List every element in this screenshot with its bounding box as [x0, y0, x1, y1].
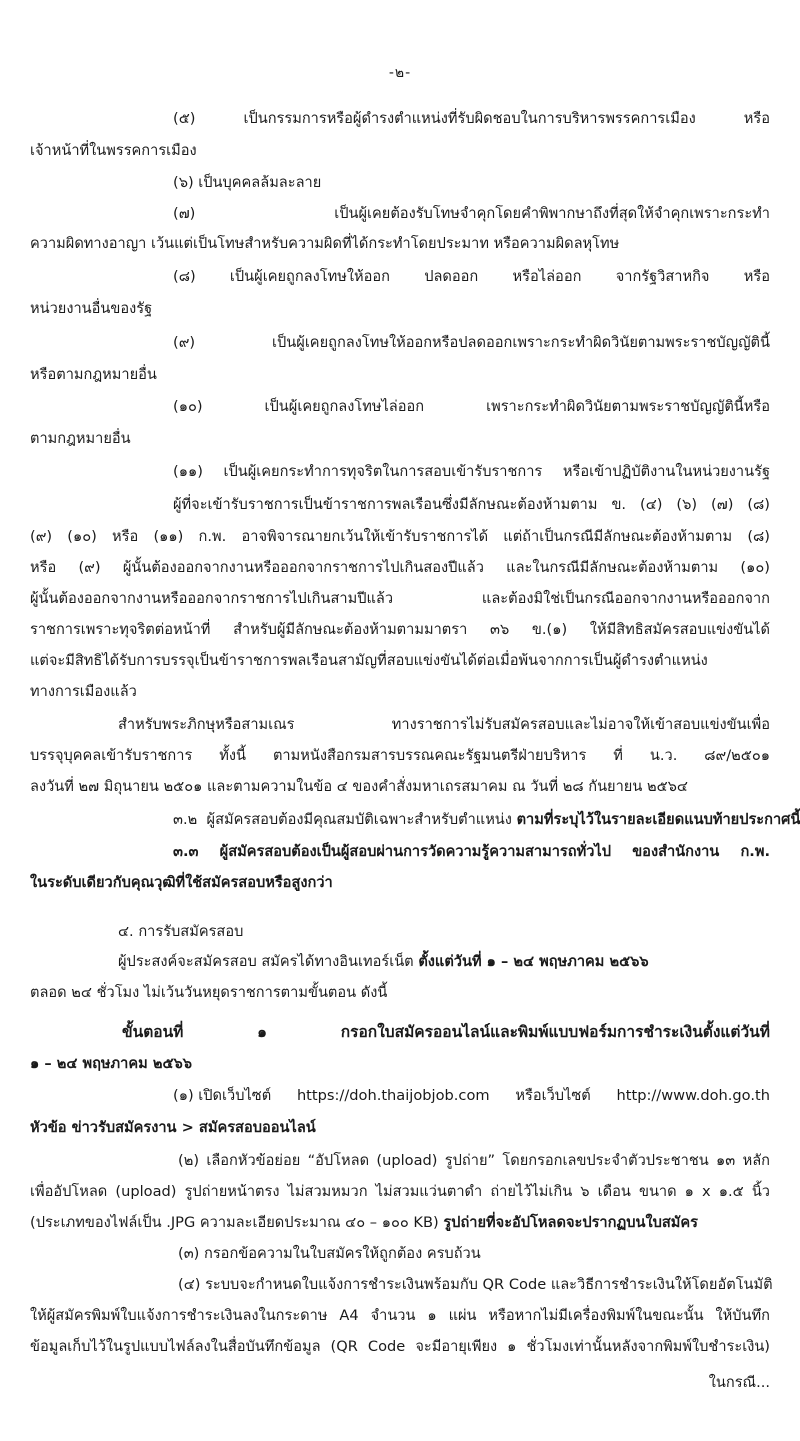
exception-line5: ราชการเพราะทุจริตต่อหน้าที่ สำหรับผู้มีล… [30, 619, 770, 641]
item-9-line2: หรือตามกฎหมายอื่น [30, 364, 770, 386]
section-4-intro-plain: ผู้ประสงค์จะสมัครสอบ สมัครได้ทางอินเทอร์… [118, 953, 414, 970]
monk-line3: ลงวันที่ ๒๗ มิถุนายน ๒๕๐๑ และตามความในข้… [30, 776, 770, 798]
continuation-text: ในกรณี... [30, 1372, 770, 1394]
item-2-line2: เพื่ออัปโหลด (upload) รูปถ่ายหน้าตรง ไม่… [30, 1181, 770, 1203]
page-number: -๒- [0, 62, 800, 84]
item-7-line1: (๗) เป็นผู้เคยต้องรับโทษจำคุกโดยคำพิพากษ… [173, 203, 770, 225]
item-6: (๖) เป็นบุคคลล้มละลาย [173, 172, 770, 194]
item-8-line1: (๘) เป็นผู้เคยถูกลงโทษให้ออก ปลดออก หรือ… [173, 266, 770, 288]
exception-line3: หรือ (๙) ผู้นั้นต้องออกจากงานหรือออกจากร… [30, 557, 770, 579]
item-2-line3-plain: (ประเภทของไฟล์เป็น .JPG ความละเอียดประมา… [30, 1214, 439, 1231]
url-doh-link[interactable]: http://www.doh.go.th [617, 1085, 770, 1107]
item-1-or: หรือเว็บไซต์ [515, 1085, 590, 1107]
url-thaijobjob-link[interactable]: https://doh.thaijobjob.com [297, 1085, 490, 1107]
section-4-intro-line2: ตลอด ๒๔ ชั่วโมง ไม่เว้นวันหยุดราชการตามข… [30, 982, 770, 1004]
item-1-line2: หัวข้อ ข่าวรับสมัครงาน > สมัครสอบออนไลน์ [30, 1117, 770, 1139]
item-2-line1: (๒) เลือกหัวข้อย่อย “อัปโหลด (upload) รู… [178, 1150, 770, 1172]
item-1-prefix: (๑) เปิดเว็บไซต์ [173, 1085, 271, 1107]
item-9-line1: (๙) เป็นผู้เคยถูกลงโทษให้ออกหรือปลดออกเพ… [173, 332, 770, 354]
item-4-line2: ให้ผู้สมัครพิมพ์ใบแจ้งการชำระเงินลงในกระ… [30, 1305, 770, 1327]
exception-line6: แต่จะมีสิทธิได้รับการบรรจุเป็นข้าราชการพ… [30, 650, 770, 672]
monk-line2: บรรจุบุคคลเข้ารับราชการ ทั้งนี้ ตามหนังส… [30, 745, 770, 767]
item-5-line1: (๕) เป็นกรรมการหรือผู้ดำรงตำแหน่งที่รับผ… [173, 108, 770, 130]
item-3: (๓) กรอกข้อความในใบสมัครให้ถูกต้อง ครบถ้… [178, 1243, 770, 1265]
exception-line2: (๙) (๑๐) หรือ (๑๑) ก.พ. อาจพิจารณายกเว้น… [30, 526, 770, 548]
step-1-title-line2: ๑ – ๒๔ พฤษภาคม ๒๕๖๖ [30, 1053, 770, 1075]
section-4-intro: ผู้ประสงค์จะสมัครสอบ สมัครได้ทางอินเทอร์… [118, 951, 770, 973]
item-10-line2: ตามกฎหมายอื่น [30, 428, 770, 450]
item-2-line3-bold: รูปถ่ายที่จะอัปโหลดจะปรากฏบนใบสมัคร [443, 1214, 698, 1231]
item-5-line2: เจ้าหน้าที่ในพรรคการเมือง [30, 140, 770, 162]
exception-line1: ผู้ที่จะเข้ารับราชการเป็นข้าราชการพลเรือ… [173, 494, 770, 516]
clause-3-2-bold: ตามที่ระบุไว้ในรายละเอียดแนบท้ายประกาศนี… [517, 811, 800, 828]
clause-3-2: ๓.๒ ผู้สมัครสอบต้องมีคุณสมบัติเฉพาะสำหรั… [173, 809, 770, 831]
item-1-line1: (๑) เปิดเว็บไซต์ https://doh.thaijobjob.… [173, 1085, 770, 1107]
item-8-line2: หน่วยงานอื่นของรัฐ [30, 298, 770, 320]
clause-3-3-line1: ๓.๓ ผู้สมัครสอบต้องเป็นผู้สอบผ่านการวัดค… [173, 841, 770, 863]
item-11: (๑๑) เป็นผู้เคยกระทำการทุจริตในการสอบเข้… [173, 461, 770, 483]
clause-3-2-number: ๓.๒ [173, 811, 197, 828]
monk-line1: สำหรับพระภิกษุหรือสามเณร ทางราชการไม่รับ… [118, 714, 770, 736]
exception-line7: ทางการเมืองแล้ว [30, 681, 770, 703]
step-1-title-line1: ขั้นตอนที่ ๑ กรอกใบสมัครออนไลน์และพิมพ์แ… [122, 1021, 770, 1043]
item-10-line1: (๑๐) เป็นผู้เคยถูกลงโทษไล่ออก เพราะกระทำ… [173, 396, 770, 418]
section-4-intro-bold: ตั้งแต่วันที่ ๑ – ๒๔ พฤษภาคม ๒๕๖๖ [418, 953, 648, 970]
item-7-line2: ความผิดทางอาญา เว้นแต่เป็นโทษสำหรับความผ… [30, 233, 770, 255]
item-4-line1: (๔) ระบบจะกำหนดใบแจ้งการชำระเงินพร้อมกับ… [178, 1274, 770, 1296]
section-4-title: ๔. การรับสมัครสอบ [118, 921, 770, 943]
clause-3-3-line2: ในระดับเดียวกับคุณวุฒิที่ใช้สมัครสอบหรือ… [30, 872, 770, 894]
item-4-line3: ข้อมูลเก็บไว้ในรูปแบบไฟล์ลงในสื่อบันทึกข… [30, 1336, 770, 1358]
item-2-line3: (ประเภทของไฟล์เป็น .JPG ความละเอียดประมา… [30, 1212, 770, 1234]
exception-line4: ผู้นั้นต้องออกจากงานหรือออกจากราชการไปเก… [30, 588, 770, 610]
clause-3-2-text: ผู้สมัครสอบต้องมีคุณสมบัติเฉพาะสำหรับตำแ… [207, 811, 512, 828]
